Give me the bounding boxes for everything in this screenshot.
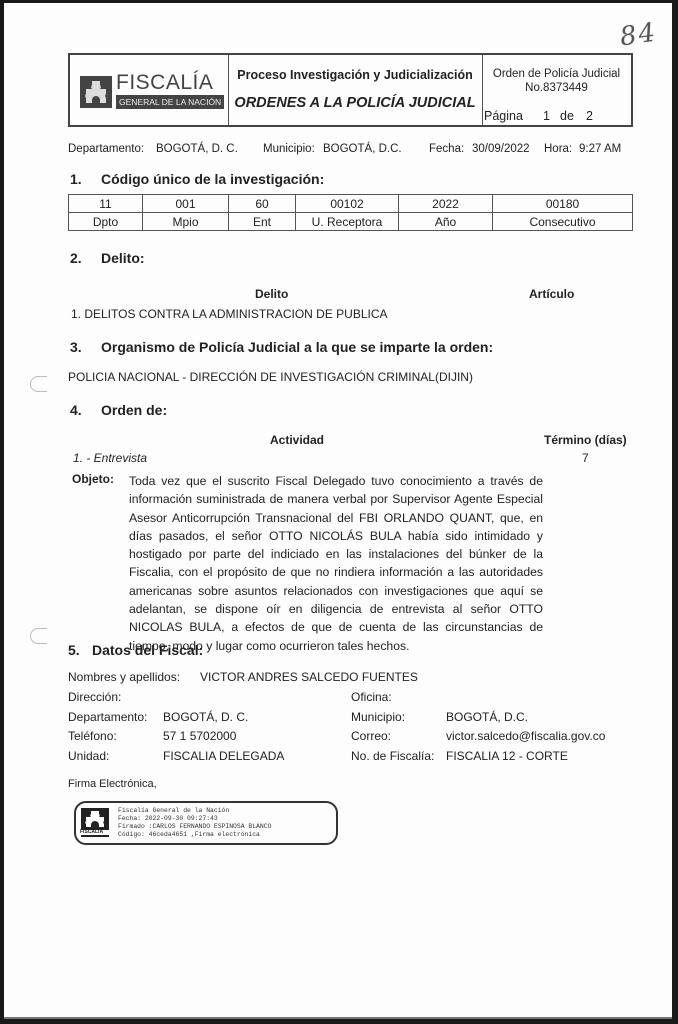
objeto-text: Toda vez que el suscrito Fiscal Delegado… — [129, 472, 543, 655]
telefono-value: 57 1 5702000 — [163, 729, 236, 743]
signature-line: Código: 46ceda4651 ,Firma electrónica — [118, 831, 271, 839]
code-consecutivo: 00180 — [493, 195, 633, 213]
no-fiscalia-value: FISCALIA 12 - CORTE — [446, 749, 568, 763]
nombres-value: VICTOR ANDRES SALCEDO FUENTES — [200, 670, 418, 684]
delito-column-header: Delito — [255, 287, 288, 301]
municipio-value: BOGOTÁ, D.C. — [323, 143, 402, 155]
page-label: Página — [484, 109, 523, 123]
investigation-code-table: 11 001 60 00102 2022 00180 Dpto Mpio Ent… — [68, 194, 633, 231]
code-values-row: 11 001 60 00102 2022 00180 — [69, 195, 633, 213]
fecha-value: 30/09/2022 — [472, 143, 530, 155]
delito-item: 1. DELITOS CONTRA LA ADMINISTRACION DE P… — [71, 307, 388, 321]
label-receptora: U. Receptora — [296, 213, 399, 231]
logo-title: FISCALÍA — [116, 71, 213, 95]
section-2-heading: 2. Delito: — [70, 250, 370, 268]
hora-value: 9:27 AM — [579, 143, 621, 155]
articulo-column-header: Artículo — [529, 287, 574, 301]
municipio-value: BOGOTÁ, D.C. — [446, 710, 528, 724]
actividad-column-header: Actividad — [270, 433, 324, 447]
section-number: 3. — [70, 339, 82, 355]
code-ent: 60 — [229, 195, 296, 213]
objeto-label: Objeto: — [72, 472, 114, 486]
handwritten-page-number: 84 — [618, 18, 659, 53]
no-fiscalia-label: No. de Fiscalía: — [351, 749, 434, 763]
departamento-value: BOGOTÁ, D. C. — [156, 143, 238, 155]
form-title: ORDENES A LA POLICÍA JUDICIAL — [228, 95, 482, 111]
order-number: No.8373449 — [482, 82, 631, 94]
title-cell: Proceso Investigación y Judicialización … — [228, 55, 483, 125]
fiscalia-logo-icon: FISCALIA — [80, 808, 110, 838]
hora-label: Hora: — [544, 143, 572, 155]
fiscalia-logo-text: FISCALIA — [80, 829, 103, 835]
process-title: Proceso Investigación y Judicialización — [228, 68, 482, 82]
telefono-label: Teléfono: — [68, 729, 117, 743]
puzzle-piece-icon — [80, 76, 112, 108]
organismo-value: POLICIA NACIONAL - DIRECCIÓN DE INVESTIG… — [68, 370, 473, 384]
correo-value: victor.salcedo@fiscalia.gov.co — [446, 729, 605, 743]
termino-column-header: Término (días) — [544, 433, 627, 447]
section-title: Código único de la investigación: — [101, 171, 324, 187]
section-1-heading: 1. Código único de la investigación: — [70, 171, 470, 189]
section-number: 5. — [68, 642, 80, 658]
section-number: 4. — [70, 402, 82, 418]
firma-label: Firma Electrónica, — [68, 778, 157, 790]
section-5-heading: 5. Datos del Fiscal: — [68, 642, 368, 660]
section-title: Orden de: — [101, 402, 167, 418]
code-labels-row: Dpto Mpio Ent U. Receptora Año Consecuti… — [69, 213, 633, 231]
signature-details: Fiscalía General de la NaciónFecha: 2022… — [118, 807, 271, 839]
municipio-label: Municipio: — [351, 710, 405, 724]
section-title: Delito: — [101, 250, 145, 266]
label-dpto: Dpto — [69, 213, 143, 231]
page-current: 1 — [543, 109, 550, 123]
actividad-item: 1. - Entrevista — [73, 451, 147, 465]
margin-mark — [30, 628, 47, 644]
signature-line: Fecha: 2022-09-30 09:27:43 — [118, 815, 271, 823]
direccion-label: Dirección: — [68, 690, 121, 704]
code-mpio: 001 — [143, 195, 229, 213]
document-header: FISCALÍA GENERAL DE LA NACIÓN Proceso In… — [68, 53, 633, 127]
code-anio: 2022 — [399, 195, 493, 213]
municipio-label: Municipio: — [263, 143, 315, 155]
section-title: Datos del Fiscal: — [92, 642, 203, 658]
electronic-signature-stamp: FISCALIA Fiscalía General de la NaciónFe… — [74, 801, 338, 845]
correo-label: Correo: — [351, 729, 391, 743]
section-title: Organismo de Policía Judicial a la que s… — [101, 339, 493, 355]
label-mpio: Mpio — [143, 213, 229, 231]
order-cell: Orden de Policía Judicial No.8373449 Pág… — [482, 55, 631, 125]
page-total: 2 — [586, 109, 593, 123]
label-ent: Ent — [229, 213, 296, 231]
oficina-label: Oficina: — [351, 690, 392, 704]
nombres-label: Nombres y apellidos: — [68, 670, 180, 684]
logo-cell: FISCALÍA GENERAL DE LA NACIÓN — [70, 55, 229, 125]
section-4-heading: 4. Orden de: — [70, 402, 370, 420]
code-receptora: 00102 — [296, 195, 399, 213]
code-dpto: 11 — [69, 195, 143, 213]
section-number: 2. — [70, 250, 82, 266]
order-label: Orden de Policía Judicial — [482, 68, 631, 80]
departamento-label: Departamento: — [68, 143, 144, 155]
label-anio: Año — [399, 213, 493, 231]
fecha-label: Fecha: — [429, 143, 464, 155]
section-number: 1. — [70, 171, 82, 187]
signature-line: Firmado :CARLOS FERNANDO ESPINOSA BLANCO — [118, 823, 271, 831]
departamento-value: BOGOTÁ, D. C. — [163, 710, 248, 724]
unidad-label: Unidad: — [68, 749, 109, 763]
signature-line: Fiscalía General de la Nación — [118, 807, 271, 815]
departamento-label: Departamento: — [68, 710, 147, 724]
margin-mark — [30, 376, 47, 392]
page-of: de — [560, 109, 574, 123]
section-3-heading: 3. Organismo de Policía Judicial a la qu… — [70, 339, 630, 357]
logo-subtitle: GENERAL DE LA NACIÓN — [116, 95, 224, 109]
label-consecutivo: Consecutivo — [493, 213, 633, 231]
unidad-value: FISCALIA DELEGADA — [163, 749, 284, 763]
page-edge — [4, 1017, 672, 1019]
termino-value: 7 — [582, 451, 589, 465]
